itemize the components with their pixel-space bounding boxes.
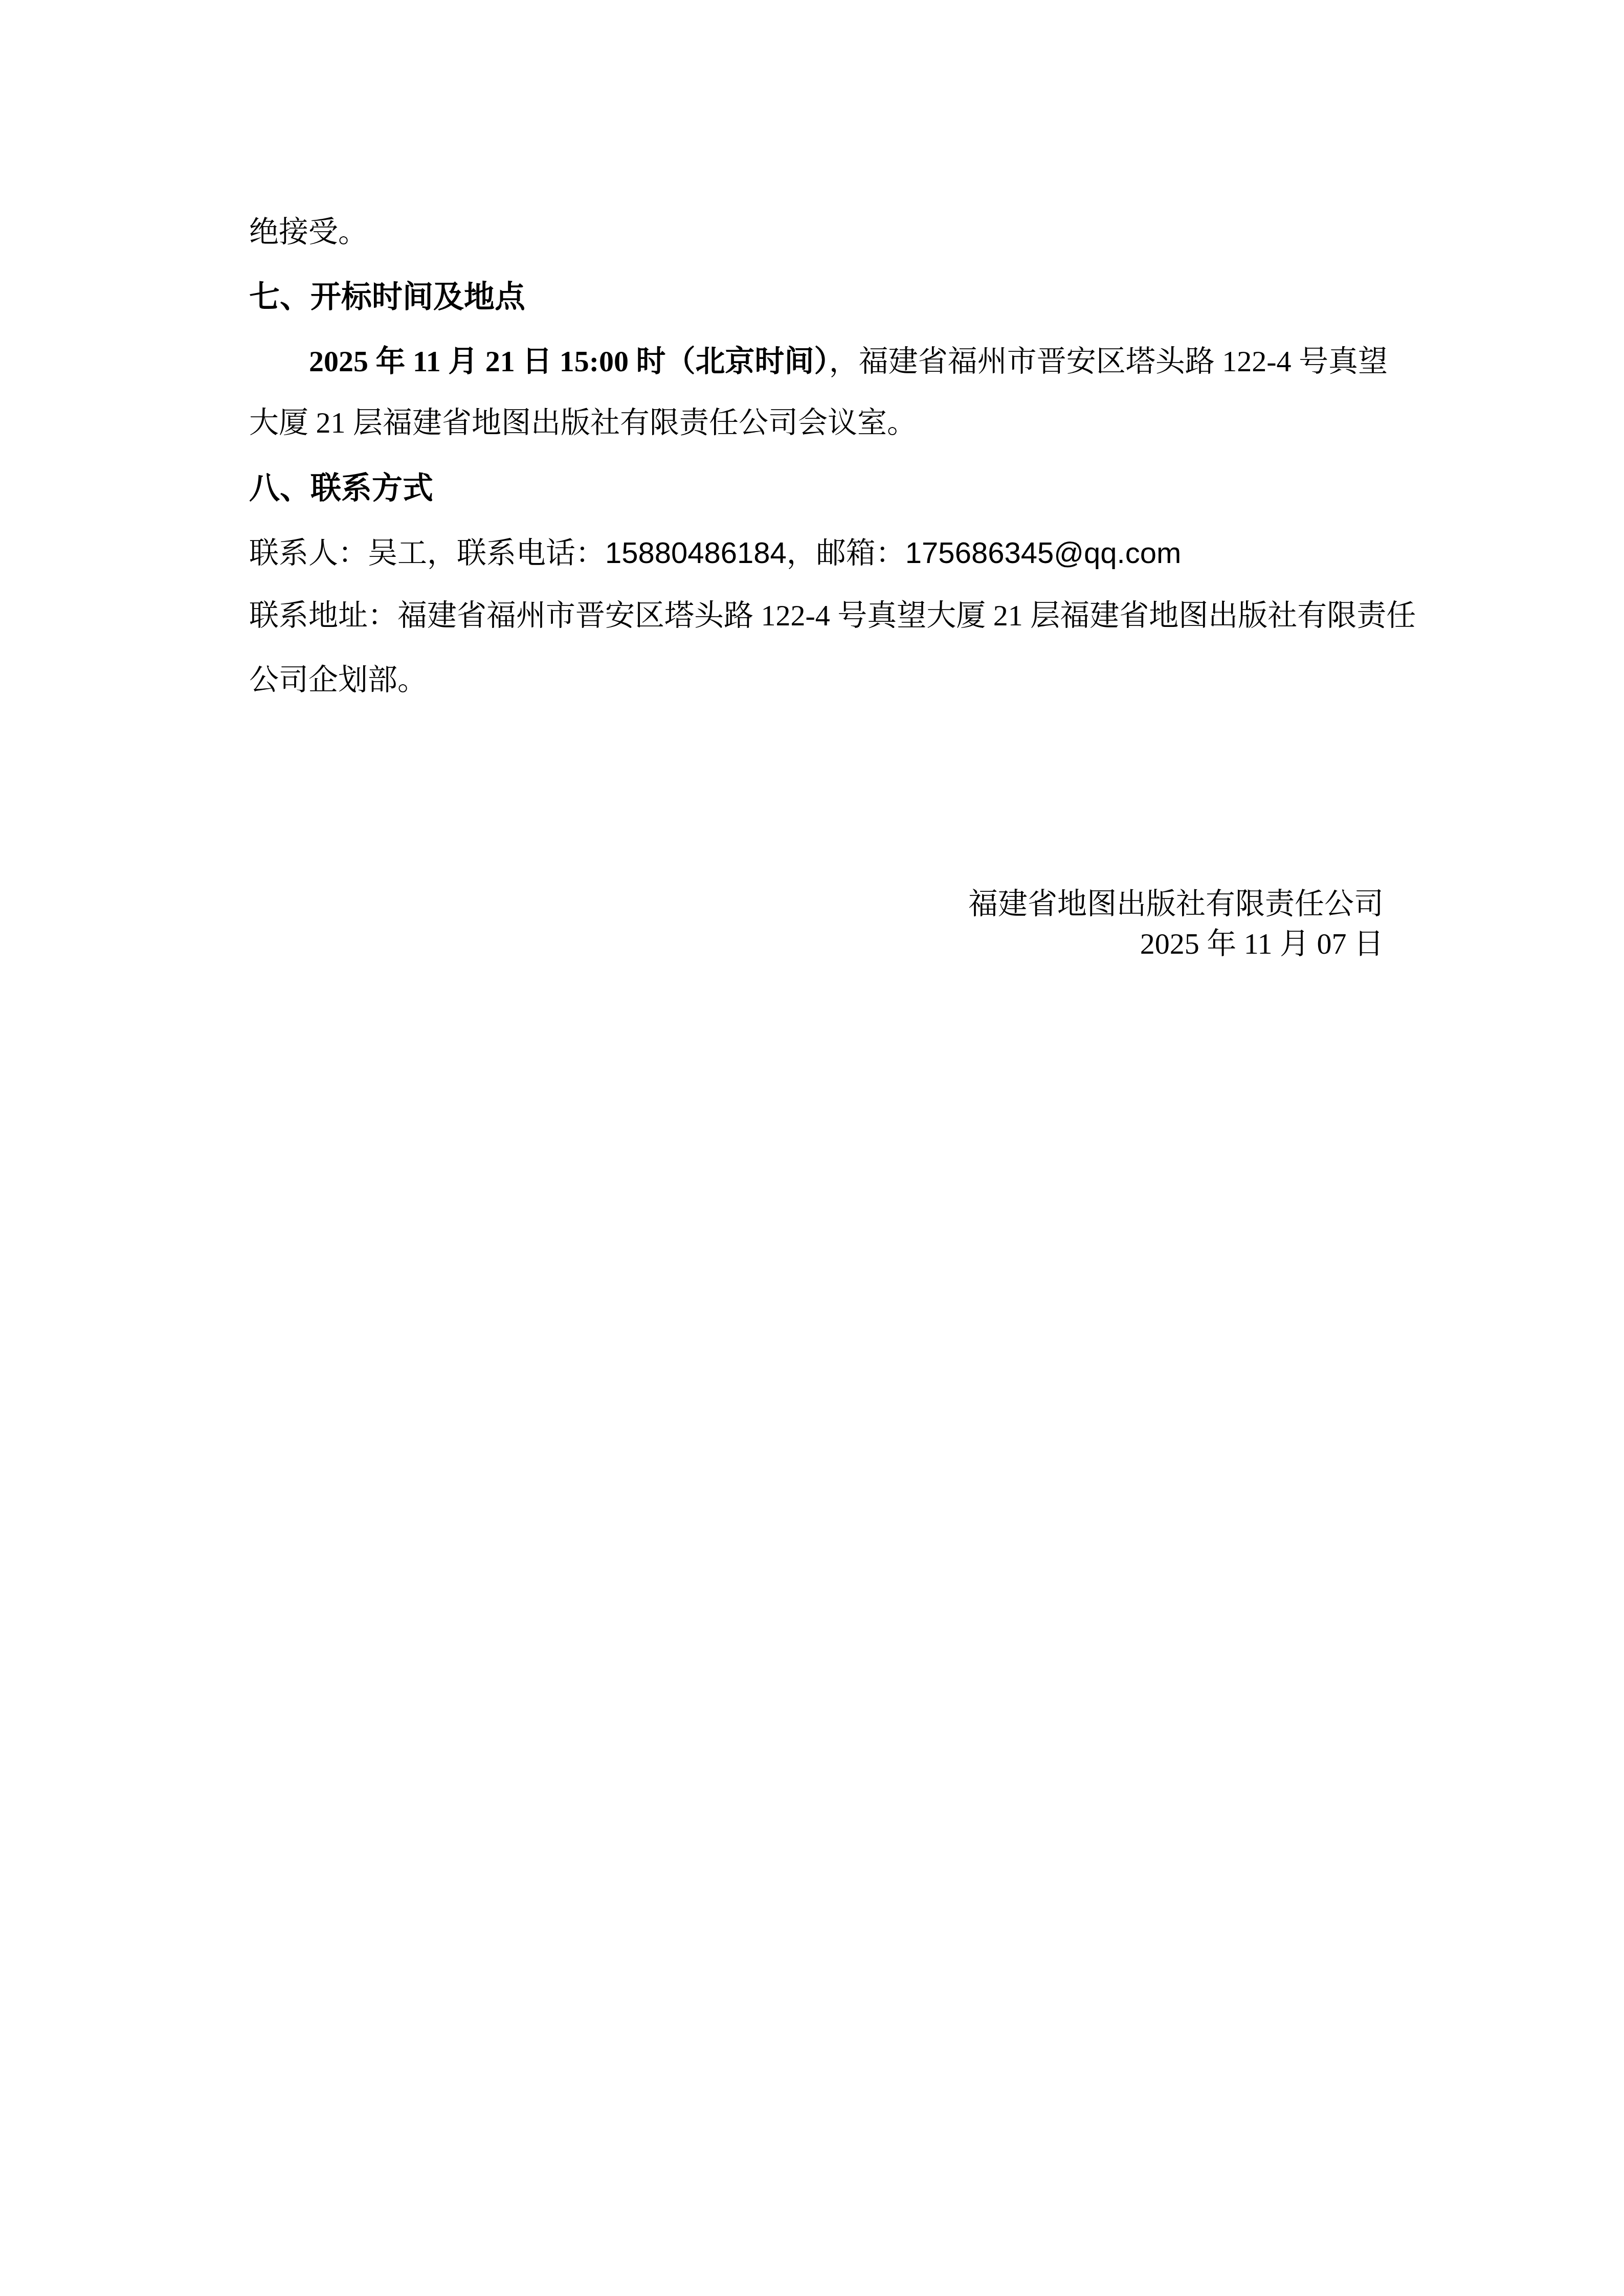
bid-opening-location-part2: 大厦 21 层福建省地图出版社有限责任公司会议室。 — [249, 407, 917, 439]
signature-date: 2025 年 11 月 07 日 — [1140, 928, 1384, 960]
section-7-heading: 七、开标时间及地点 — [249, 281, 525, 313]
contact-email-label: ，邮箱： — [787, 536, 905, 570]
bid-opening-location-part1: ，福建省福州市晋安区塔头路 122-4 号真望 — [829, 345, 1388, 378]
contact-email-address: 175686345@qq.com — [905, 536, 1181, 570]
section-7-paragraph-line-1: 2025 年 11 月 21 日 15:00 时（北京时间），福建省福州市晋安区… — [309, 345, 1388, 378]
contact-person-phone-label: 联系人：吴工，联系电话： — [249, 536, 605, 570]
contact-address-line-2: 公司企划部。 — [249, 664, 427, 696]
contact-line: 联系人：吴工，联系电话：15880486184，邮箱：175686345@qq.… — [249, 537, 1181, 570]
bid-opening-datetime: 2025 年 11 月 21 日 15:00 时（北京时间） — [309, 345, 829, 378]
section-8-heading: 八、联系方式 — [249, 472, 433, 505]
trailing-sentence: 绝接受。 — [249, 216, 368, 249]
document-page: 绝接受。 七、开标时间及地点 2025 年 11 月 21 日 15:00 时（… — [0, 0, 1624, 2296]
contact-phone-number: 15880486184 — [605, 536, 787, 570]
contact-address-line-1: 联系地址：福建省福州市晋安区塔头路 122-4 号真望大厦 21 层福建省地图出… — [249, 599, 1416, 632]
signature-company-name: 福建省地图出版社有限责任公司 — [968, 888, 1384, 920]
